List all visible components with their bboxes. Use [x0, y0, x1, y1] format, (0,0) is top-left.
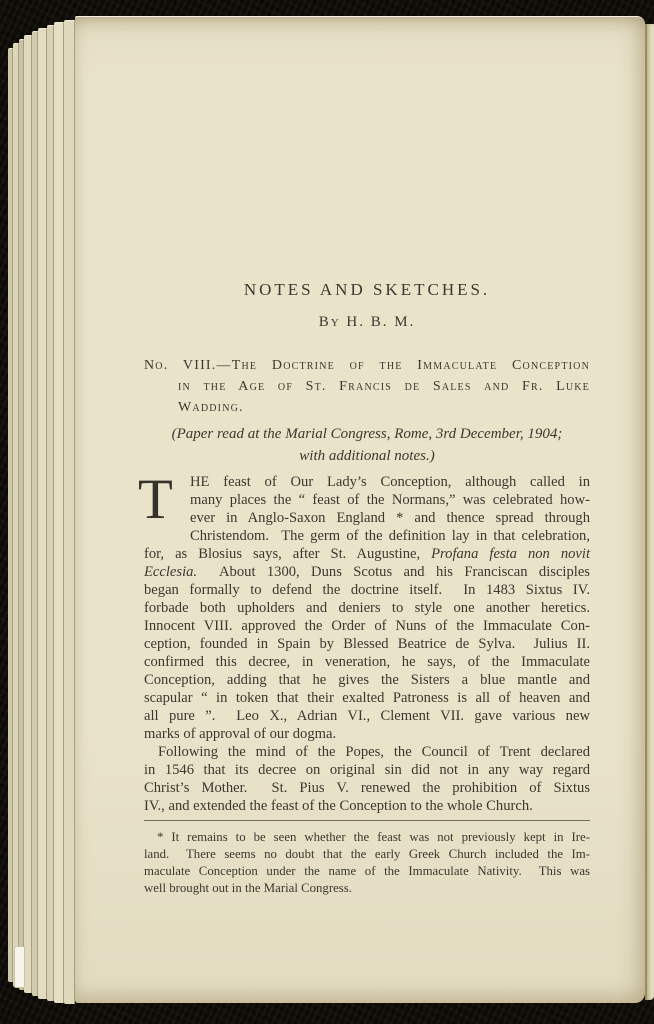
text-line: marks of approval of our dogma.: [144, 725, 590, 743]
text-line: Christ’s Mother. St. Pius V. renewed the…: [144, 779, 590, 797]
page-edge: [24, 35, 32, 993]
page-edge: [54, 22, 64, 1003]
text-line: with additional notes.): [144, 445, 590, 467]
text-line: ever in Anglo-Saxon England * and thence…: [144, 509, 590, 527]
page-title: NOTES AND SKETCHES.: [144, 280, 590, 300]
page-edge-highlight: [14, 946, 25, 988]
text-line: for, as Blosius says, after St. Augustin…: [144, 545, 590, 563]
text-line: Wadding.: [178, 397, 590, 418]
paragraph-1: T HE feast of Our Lady’s Conception, alt…: [144, 473, 590, 743]
text-line: scapular “ in token that their exalted P…: [144, 689, 590, 707]
footnote: * It remains to be seen whether the feas…: [144, 829, 590, 897]
paragraph-2: Following the mind of the Popes, the Cou…: [144, 743, 590, 815]
text-line: IV., and extended the feast of the Conce…: [144, 797, 590, 815]
text-line: land. There seems no doubt that the earl…: [144, 846, 590, 863]
text-line: No. VIII.—The Doctrine of the Immaculate…: [144, 355, 590, 376]
text-line: in the Age of St. Francis de Sales and F…: [178, 376, 590, 397]
page-edge: [64, 20, 75, 1004]
text-line: forbade both upholders and deniers to st…: [144, 599, 590, 617]
text-line: Conception, adding that he gives the Sis…: [144, 671, 590, 689]
book-photo: NOTES AND SKETCHES. By H. B. M. No. VIII…: [0, 0, 654, 1024]
article-heading: No. VIII.—The Doctrine of the Immaculate…: [144, 355, 590, 418]
facing-page-gutter: [645, 24, 654, 1000]
text-line: Innocent VIII. approved the Order of Nun…: [144, 617, 590, 635]
text-line: ception, founded in Spain by Blessed Bea…: [144, 635, 590, 653]
text-line: in 1546 that its decree on original sin …: [144, 761, 590, 779]
text-line: * It remains to be seen whether the feas…: [144, 829, 590, 846]
text-line: all pure ”. Leo X., Adrian VI., Clement …: [144, 707, 590, 725]
text-line: Christendom. The germ of the definition …: [144, 527, 590, 545]
page-edge: [47, 25, 54, 1001]
text-line: many places the “ feast of the Normans,”…: [144, 491, 590, 509]
text-line: (Paper read at the Marial Congress, Rome…: [144, 423, 590, 445]
footnote-rule: [144, 820, 590, 821]
text-line: confirmed this decree, in veneration, he…: [144, 653, 590, 671]
text-line: well brought out in the Marial Congress.: [144, 880, 590, 897]
page-content: NOTES AND SKETCHES. By H. B. M. No. VIII…: [144, 17, 590, 897]
text-line: maculate Conception under the name of th…: [144, 863, 590, 880]
text-line: Ecclesia. About 1300, Duns Scotus and hi…: [144, 563, 590, 581]
text-line: HE feast of Our Lady’s Conception, altho…: [144, 473, 590, 491]
book-page: NOTES AND SKETCHES. By H. B. M. No. VIII…: [75, 16, 645, 1003]
subtitle: (Paper read at the Marial Congress, Rome…: [144, 423, 590, 467]
paragraph-1-lines: HE feast of Our Lady’s Conception, altho…: [144, 473, 590, 743]
page-edge: [38, 28, 47, 999]
byline: By H. B. M.: [144, 313, 590, 331]
drop-cap: T: [138, 476, 178, 528]
text-line: Following the mind of the Popes, the Cou…: [144, 743, 590, 761]
text-line: began formally to defend the doctrine it…: [144, 581, 590, 599]
